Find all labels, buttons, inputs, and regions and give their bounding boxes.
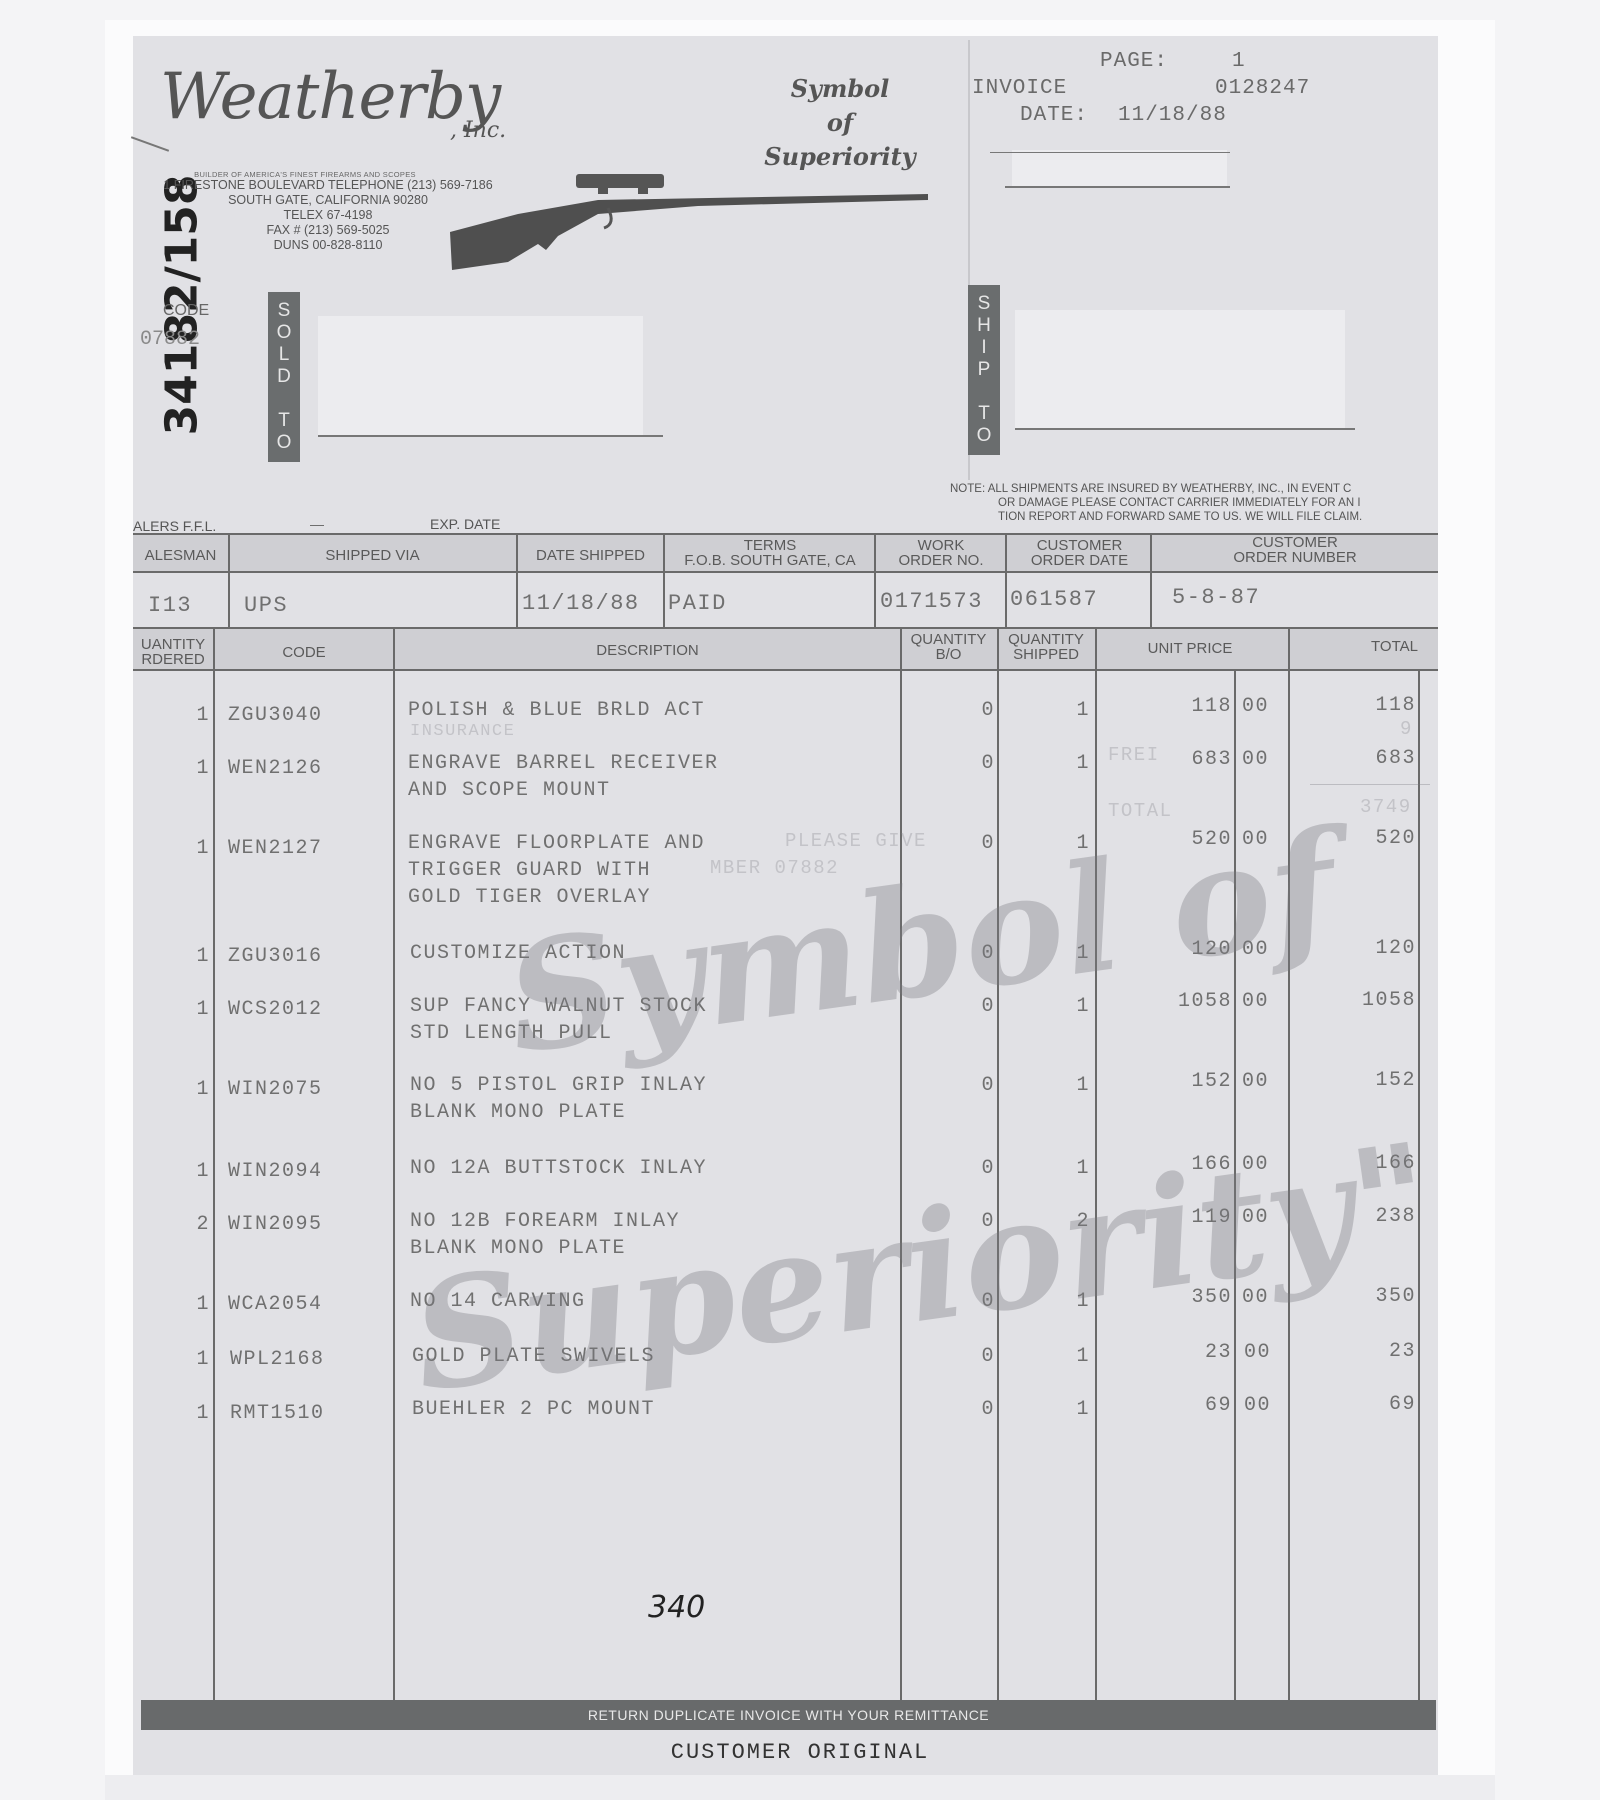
shipped-via-value: UPS [244, 592, 288, 619]
slogan-line-3: Superiority [760, 140, 920, 174]
remittance-banner: RETURN DUPLICATE INVOICE WITH YOUR REMIT… [141, 1700, 1436, 1730]
row-unit-price: 350 [1150, 1284, 1232, 1311]
row-qty-shipped: 2 [1050, 1208, 1090, 1235]
company-logo: Weatherby , Inc. [150, 50, 510, 160]
company-name-suffix: , Inc. [450, 118, 506, 143]
row-description: ENGRAVE BARREL RECEIVER AND SCOPE MOUNT [408, 750, 719, 804]
row-qty: 1 [185, 1158, 210, 1185]
row-code: ZGU3040 [228, 702, 323, 729]
invoice-number: 0128247 [1215, 77, 1310, 100]
row-total: 69 [1330, 1391, 1416, 1418]
sold-to-letter-s: S [278, 300, 291, 322]
row-total: 1058 [1330, 987, 1416, 1014]
items-col-bo [997, 629, 999, 1701]
row-qty-shipped: 1 [1050, 830, 1090, 857]
items-col-price-dollars [1234, 671, 1236, 1701]
row-qty-bo: 0 [960, 1288, 995, 1315]
ghost-number: MBER 07882 [710, 857, 839, 879]
invoice-blank-box [1012, 150, 1227, 186]
sold-to-space [281, 388, 286, 410]
row-qty-bo: 0 [960, 1208, 995, 1235]
header-unit-price: UNIT PRICE [1095, 641, 1285, 656]
sold-to-letter-l: L [279, 344, 290, 366]
ship-to-bottom-line [1015, 428, 1355, 430]
row-description: POLISH & BLUE BRLD ACT [408, 697, 705, 724]
customer-order-number-value: 5-8-87 [1172, 584, 1260, 611]
header-code: CODE [215, 645, 393, 660]
row-code: WEN2126 [228, 755, 323, 782]
row-unit-cents: 00 [1242, 1204, 1269, 1231]
invoice-label: INVOICE [972, 77, 1067, 100]
row-description: NO 12B FOREARM INLAY BLANK MONO PLATE [410, 1208, 680, 1262]
row-total: 118 [1330, 692, 1416, 719]
row-code: WIN2094 [228, 1158, 323, 1185]
row-unit-cents: 00 [1242, 1284, 1269, 1311]
row-unit-cents: 00 [1242, 936, 1269, 963]
row-total: 520 [1330, 825, 1416, 852]
items-col-desc [900, 629, 902, 1701]
row-qty: 1 [185, 1291, 210, 1318]
header-terms-top: TERMS [665, 538, 875, 553]
ghost-total-underline [1310, 784, 1430, 785]
header-qty-shipped-bottom: SHIPPED [997, 647, 1095, 662]
ship-to-letter-t: T [978, 403, 990, 425]
items-col-price-cents [1288, 629, 1290, 1701]
paper-bottom-edge [105, 1775, 1495, 1800]
invoice-box-bottom-line [1005, 186, 1230, 188]
header-terms: TERMS F.O.B. SOUTH GATE, CA [665, 538, 875, 568]
ship-to-letter-o: O [977, 425, 992, 447]
row-total: 23 [1330, 1338, 1416, 1365]
row-qty-bo: 0 [960, 940, 995, 967]
header-qty-ordered-top: UANTITY [133, 637, 213, 652]
row-code: WIN2095 [228, 1211, 323, 1238]
invoice-box-top-line [990, 152, 1230, 153]
ghost-please-give: PLEASE GIVE [785, 830, 927, 852]
row-unit-price: 520 [1150, 826, 1232, 853]
ship-to-label: S H I P T O [968, 285, 1000, 455]
row-unit-cents: 00 [1242, 826, 1269, 853]
rifle-illustration [448, 170, 938, 275]
customer-code-label: CODE [163, 302, 209, 320]
row-qty-shipped: 1 [1050, 697, 1090, 724]
order-col-3 [663, 533, 665, 629]
terms-value: PAID [668, 590, 727, 617]
slogan-line-1: Symbol [760, 72, 920, 106]
row-qty-shipped: 1 [1050, 750, 1090, 777]
exp-date-label: EXP. DATE [430, 516, 500, 532]
sold-to-letter-o: O [277, 322, 292, 344]
header-work-order-top: WORK [876, 538, 1006, 553]
row-qty: 2 [185, 1211, 210, 1238]
ffl-dash: — [310, 516, 324, 532]
row-unit-cents: 00 [1242, 988, 1269, 1015]
invoice-form [133, 36, 1438, 1791]
row-unit-price: 166 [1150, 1151, 1232, 1178]
row-total: 152 [1330, 1067, 1416, 1094]
header-con-top: CUSTOMER [1152, 535, 1438, 550]
customer-code-value: 07882 [140, 328, 200, 351]
row-qty-shipped: 1 [1050, 993, 1090, 1020]
row-qty-shipped: 1 [1050, 1072, 1090, 1099]
order-col-5 [1005, 533, 1007, 629]
ship-to-letter-i: I [981, 337, 986, 359]
row-total: 238 [1330, 1203, 1416, 1230]
ghost-insurance: INSURANCE [410, 722, 515, 741]
row-unit-cents: 00 [1242, 746, 1269, 773]
row-description: NO 12A BUTTSTOCK INLAY [410, 1155, 707, 1182]
row-qty: 1 [185, 1400, 210, 1427]
header-qty-shipped-top: QUANTITY [997, 632, 1095, 647]
row-qty: 1 [185, 1076, 210, 1103]
ship-to-space [981, 381, 986, 403]
sold-to-bottom-line [318, 435, 663, 437]
ship-to-letter-p: P [978, 359, 991, 381]
ghost-nine: 9 [1400, 718, 1413, 740]
header-shipped-via: SHIPPED VIA [230, 548, 515, 563]
ghost-total-label: TOTAL [1108, 800, 1173, 822]
row-unit-cents: 00 [1244, 1339, 1271, 1366]
row-description: NO 14 CARVING [410, 1288, 586, 1315]
header-salesman: ALESMAN [133, 548, 228, 563]
row-total: 350 [1330, 1283, 1416, 1310]
salesman-value: I13 [148, 592, 192, 619]
row-unit-price: 1058 [1150, 988, 1232, 1015]
row-qty-shipped: 1 [1050, 1396, 1090, 1423]
row-unit-cents: 00 [1242, 693, 1269, 720]
row-qty: 1 [185, 702, 210, 729]
header-qty-bo: QUANTITY B/O [900, 632, 997, 662]
row-description: CUSTOMIZE ACTION [410, 940, 626, 967]
header-qty-shipped: QUANTITY SHIPPED [997, 632, 1095, 662]
ship-to-letter-s: S [978, 293, 991, 315]
row-total: 120 [1330, 935, 1416, 962]
row-qty-shipped: 1 [1050, 940, 1090, 967]
row-qty-bo: 0 [960, 1072, 995, 1099]
row-qty: 1 [185, 835, 210, 862]
row-qty-bo: 0 [960, 697, 995, 724]
header-qty-bo-bottom: B/O [900, 647, 997, 662]
header-qty-ordered: UANTITY RDERED [133, 637, 213, 667]
row-description: GOLD PLATE SWIVELS [412, 1343, 655, 1370]
ghost-total-value: 3749 [1360, 796, 1412, 818]
row-unit-cents: 00 [1242, 1151, 1269, 1178]
row-qty-bo: 0 [960, 750, 995, 777]
items-col-total [1418, 671, 1420, 1701]
insurance-note: NOTE: ALL SHIPMENTS ARE INSURED BY WEATH… [950, 482, 1440, 524]
items-col-qty [213, 629, 215, 1701]
row-code: RMT1510 [230, 1400, 325, 1427]
row-qty-bo: 0 [960, 993, 995, 1020]
row-qty: 1 [185, 1346, 210, 1373]
header-cod-bottom: ORDER DATE [1007, 553, 1152, 568]
row-code: WCA2054 [228, 1291, 323, 1318]
header-date-shipped: DATE SHIPPED [518, 548, 663, 563]
row-unit-price: 152 [1150, 1068, 1232, 1095]
date-label: DATE: [1020, 104, 1088, 127]
header-qty-ordered-bottom: RDERED [133, 652, 213, 667]
row-unit-cents: 00 [1242, 1068, 1269, 1095]
row-qty-shipped: 1 [1050, 1155, 1090, 1182]
slogan: Symbol of Superiority [760, 72, 920, 174]
items-col-shipped [1095, 629, 1097, 1701]
header-description: DESCRIPTION [395, 643, 900, 658]
copy-label: CUSTOMER ORIGINAL [0, 1740, 1600, 1765]
row-qty-bo: 0 [960, 1343, 995, 1370]
date-shipped-value: 11/18/88 [522, 590, 640, 617]
header-con-bottom: ORDER NUMBER [1152, 550, 1438, 565]
row-qty-bo: 0 [960, 1396, 995, 1423]
order-col-6 [1150, 533, 1152, 629]
dealers-ffl-label: ALERS F.F.L. [133, 518, 216, 534]
row-unit-cents: 00 [1244, 1392, 1271, 1419]
row-qty-shipped: 1 [1050, 1343, 1090, 1370]
row-code: ZGU3016 [228, 943, 323, 970]
note-line-2: OR DAMAGE PLEASE CONTACT CARRIER IMMEDIA… [950, 496, 1440, 510]
row-description: BUEHLER 2 PC MOUNT [412, 1396, 655, 1423]
row-code: WCS2012 [228, 996, 323, 1023]
slogan-line-2: of [760, 106, 920, 140]
row-unit-price: 120 [1150, 936, 1232, 963]
ship-to-letter-h: H [977, 315, 991, 337]
handwritten-total: 340 [648, 1590, 705, 1625]
row-unit-price: 69 [1150, 1392, 1232, 1419]
sold-to-label: S O L D T O [268, 292, 300, 462]
sold-to-letter-o2: O [277, 432, 292, 454]
work-order-value: 0171573 [880, 588, 983, 615]
row-unit-price: 118 [1150, 693, 1232, 720]
header-terms-bottom: F.O.B. SOUTH GATE, CA [665, 553, 875, 568]
row-total: 683 [1330, 745, 1416, 772]
header-work-order: WORK ORDER NO. [876, 538, 1006, 568]
invoice-date: 11/18/88 [1118, 104, 1227, 127]
order-col-2 [516, 533, 518, 629]
row-qty: 1 [185, 996, 210, 1023]
row-description: SUP FANCY WALNUT STOCK STD LENGTH PULL [410, 993, 707, 1047]
note-line-1: NOTE: ALL SHIPMENTS ARE INSURED BY WEATH… [950, 482, 1440, 496]
note-line-3: TION REPORT AND FORWARD SAME TO US. WE W… [950, 510, 1440, 524]
row-description: ENGRAVE FLOORPLATE AND TRIGGER GUARD WIT… [408, 830, 705, 911]
sold-to-address-box[interactable] [318, 316, 643, 436]
row-unit-price: 119 [1150, 1204, 1232, 1231]
row-qty: 1 [185, 943, 210, 970]
row-qty-shipped: 1 [1050, 1288, 1090, 1315]
row-code: WIN2075 [228, 1076, 323, 1103]
row-total: 166 [1330, 1150, 1416, 1177]
header-qty-bo-top: QUANTITY [900, 632, 997, 647]
customer-order-date-value: 061587 [1010, 586, 1098, 613]
page-label: PAGE: [1100, 50, 1168, 73]
header-customer-order-date: CUSTOMER ORDER DATE [1007, 538, 1152, 568]
row-code: WPL2168 [230, 1346, 325, 1373]
sold-to-letter-d: D [277, 366, 291, 388]
row-description: NO 5 PISTOL GRIP INLAY BLANK MONO PLATE [410, 1072, 707, 1126]
ship-to-address-box[interactable] [1015, 310, 1345, 428]
row-code: WEN2127 [228, 835, 323, 862]
row-unit-price: 683 [1150, 746, 1232, 773]
row-qty: 1 [185, 755, 210, 782]
header-work-order-bottom: ORDER NO. [876, 553, 1006, 568]
items-col-code [393, 629, 395, 1701]
row-unit-price: 23 [1150, 1339, 1232, 1366]
sold-to-letter-t: T [278, 410, 290, 432]
order-col-1 [228, 533, 230, 629]
header-cod-top: CUSTOMER [1007, 538, 1152, 553]
page-number: 1 [1232, 50, 1246, 73]
row-qty-bo: 0 [960, 1155, 995, 1182]
row-qty-bo: 0 [960, 830, 995, 857]
header-customer-order-number: CUSTOMER ORDER NUMBER [1152, 535, 1438, 565]
order-col-4 [874, 533, 876, 629]
header-total: TOTAL [1290, 639, 1418, 654]
